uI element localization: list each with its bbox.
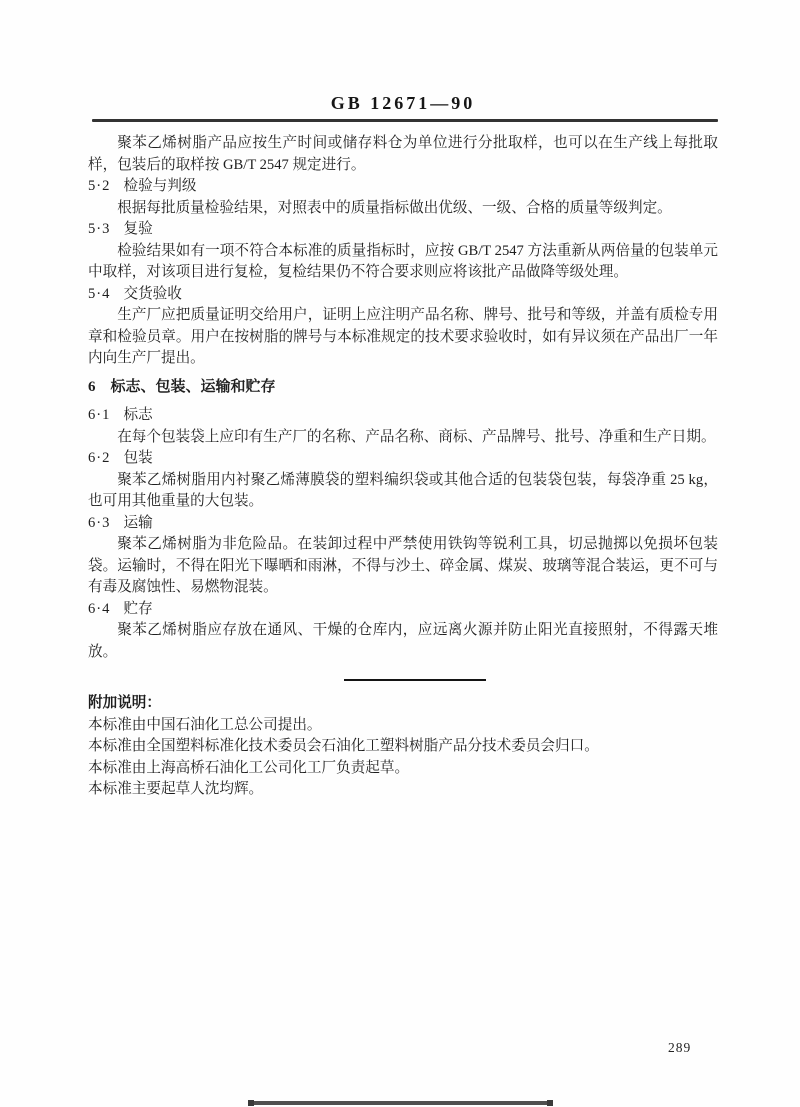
- clause-title: 交货验收: [123, 286, 181, 302]
- clause-number: 6·4: [88, 599, 110, 621]
- clause-title: 复验: [123, 221, 152, 237]
- clause-heading: 6·2包装: [88, 448, 718, 470]
- clause-heading: 6·1标志: [88, 405, 718, 427]
- clause-number: 5·4: [88, 284, 110, 306]
- paragraph: 聚苯乙烯树脂用内衬聚乙烯薄膜袋的塑料编织袋或其他合适的包装袋包装，每袋净重 25…: [88, 470, 718, 513]
- paragraph: 聚苯乙烯树脂为非危险品。在装卸过程中严禁使用铁钩等锐利工具，切忌抛掷以免损坏包装…: [88, 534, 718, 599]
- clause-heading: 5·4交货验收: [88, 284, 718, 306]
- clause-number: 6·1: [88, 405, 110, 427]
- paragraph: 在每个包装袋上应印有生产厂的名称、产品名称、商标、产品牌号、批号、净重和生产日期…: [88, 427, 718, 449]
- clause-title: 运输: [123, 515, 152, 531]
- appendix-line: 本标准由上海高桥石油化工公司化工厂负责起草。: [88, 758, 718, 780]
- appendix-section: 附加说明： 本标准由中国石油化工总公司提出。本标准由全国塑料标准化技术委员会石油…: [88, 693, 718, 801]
- paragraph: 检验结果如有一项不符合本标准的质量指标时，应按 GB/T 2547 方法重新从两…: [88, 241, 718, 284]
- clause-title: 包装: [123, 450, 152, 466]
- clause-number: 5·3: [88, 219, 110, 241]
- clause-number: 5·2: [88, 176, 110, 198]
- paragraph: 根据每批质量检验结果，对照表中的质量指标做出优级、一级、合格的质量等级判定。: [88, 198, 718, 220]
- scan-artifact-bar: [248, 1101, 553, 1105]
- section-divider: [344, 679, 486, 681]
- clause-number: 6: [88, 377, 96, 399]
- clause-number: 6·2: [88, 448, 110, 470]
- appendix-title: 附加说明：: [88, 693, 718, 715]
- paragraph: 聚苯乙烯树脂应存放在通风、干燥的仓库内，应远离火源并防止阳光直接照射，不得露天堆…: [88, 620, 718, 663]
- document-page: GB 12671—90 聚苯乙烯树脂产品应按生产时间或储存料仓为单位进行分批取样…: [0, 0, 800, 1107]
- chapter-heading: 6标志、包装、运输和贮存: [88, 377, 718, 399]
- clause-heading: 6·4贮存: [88, 599, 718, 621]
- clause-number: 6·3: [88, 513, 110, 535]
- header-rule: [92, 119, 718, 122]
- appendix-line: 本标准由中国石油化工总公司提出。: [88, 715, 718, 737]
- content-area: 聚苯乙烯树脂产品应按生产时间或储存料仓为单位进行分批取样，也可以在生产线上每批取…: [88, 133, 718, 681]
- clause-title: 检验与判级: [123, 178, 196, 194]
- clause-title: 标志、包装、运输和贮存: [111, 379, 276, 395]
- clause-title: 标志: [123, 407, 152, 423]
- appendix-line: 本标准由全国塑料标准化技术委员会石油化工塑料树脂产品分技术委员会归口。: [88, 736, 718, 758]
- appendix-line: 本标准主要起草人沈均辉。: [88, 779, 718, 801]
- paragraph: 聚苯乙烯树脂产品应按生产时间或储存料仓为单位进行分批取样，也可以在生产线上每批取…: [88, 133, 718, 176]
- clause-title: 贮存: [123, 601, 152, 617]
- clause-heading: 5·3复验: [88, 219, 718, 241]
- standard-number-header: GB 12671—90: [88, 93, 718, 114]
- clause-heading: 5·2检验与判级: [88, 176, 718, 198]
- paragraph: 生产厂应把质量证明交给用户，证明上应注明产品名称、牌号、批号和等级，并盖有质检专…: [88, 305, 718, 370]
- clause-heading: 6·3运输: [88, 513, 718, 535]
- page-number: 289: [668, 1040, 691, 1056]
